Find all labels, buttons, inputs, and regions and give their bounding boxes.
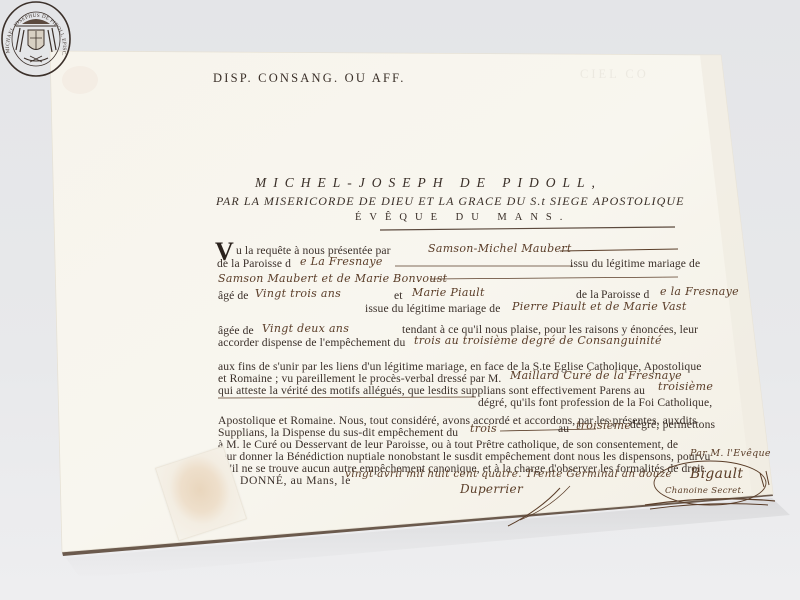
bride-parish: e la Fresnaye bbox=[660, 285, 739, 298]
show-through-text: CIEL CO bbox=[580, 67, 649, 82]
bishop-name-title: MICHEL-JOSEPH DE PIDOLL, bbox=[255, 175, 602, 191]
title-by-grace: PAR LA MISERICORDE DE DIEU ET LA GRACE D… bbox=[216, 194, 685, 209]
petitioner-parish: e La Fresnaye bbox=[300, 255, 383, 268]
title-bishop-of-le-mans: ÉVÊQUE DU MANS. bbox=[355, 212, 570, 223]
dispensed-degree-b: troisième bbox=[576, 419, 631, 432]
body-line-4a: âgé de bbox=[218, 289, 249, 302]
bride-age: Vingt deux ans bbox=[262, 322, 349, 335]
body-line-2a: de la Paroisse d bbox=[217, 257, 291, 270]
body-line-4b: et bbox=[394, 289, 403, 302]
petitioner-parents: Samson Maubert et de Marie Bonvoust bbox=[218, 272, 447, 285]
document-sheet: CIEL CO DISP. CONSANG. OU AFF. MICHAEL J… bbox=[0, 0, 800, 600]
petitioner-age: Vingt trois ans bbox=[255, 287, 341, 300]
bride-name: Marie Piault bbox=[412, 286, 485, 299]
body-line-2b: issu du légitime mariage de bbox=[570, 257, 700, 270]
petitioner-name: Samson-Michel Maubert bbox=[428, 242, 572, 255]
body-line-13c: dégré; permettons bbox=[630, 418, 715, 431]
fill-line bbox=[218, 395, 478, 401]
body-line-11: dégré, qu'ils font profession de la Foi … bbox=[478, 396, 712, 409]
bride-parents: Pierre Piault et de Marie Vast bbox=[512, 300, 687, 313]
episcopal-seal-icon: MICHAEL JOSEPHUS DE PIDOLL EPISC. CENOMA… bbox=[0, 0, 72, 78]
fill-line bbox=[560, 248, 680, 254]
dispensed-degree-a: trois bbox=[470, 422, 497, 435]
signature-flourish-left bbox=[500, 480, 620, 530]
degree-of-consanguinity: trois au troisième degré de Consanguinit… bbox=[414, 334, 662, 347]
given-at-le-mans: DONNÉ, au Mans, le bbox=[240, 474, 351, 487]
cure-name: Maillard Curé de la Fresnaye bbox=[510, 369, 682, 382]
fill-line bbox=[430, 276, 680, 282]
kinship-degree: troisième bbox=[658, 380, 713, 393]
form-code-header: DISP. CONSANG. OU AFF. bbox=[213, 71, 406, 86]
body-line-5: issue du légitime mariage de bbox=[365, 302, 500, 315]
date-of-issue: vingt avril mil huit cent quatre. Trente… bbox=[345, 468, 672, 480]
body-line-7: accorder dispense de l'empêchement du bbox=[218, 336, 405, 349]
body-line-13b: au bbox=[558, 422, 569, 435]
signature-flourish-right bbox=[640, 455, 780, 515]
fill-line bbox=[395, 263, 575, 269]
